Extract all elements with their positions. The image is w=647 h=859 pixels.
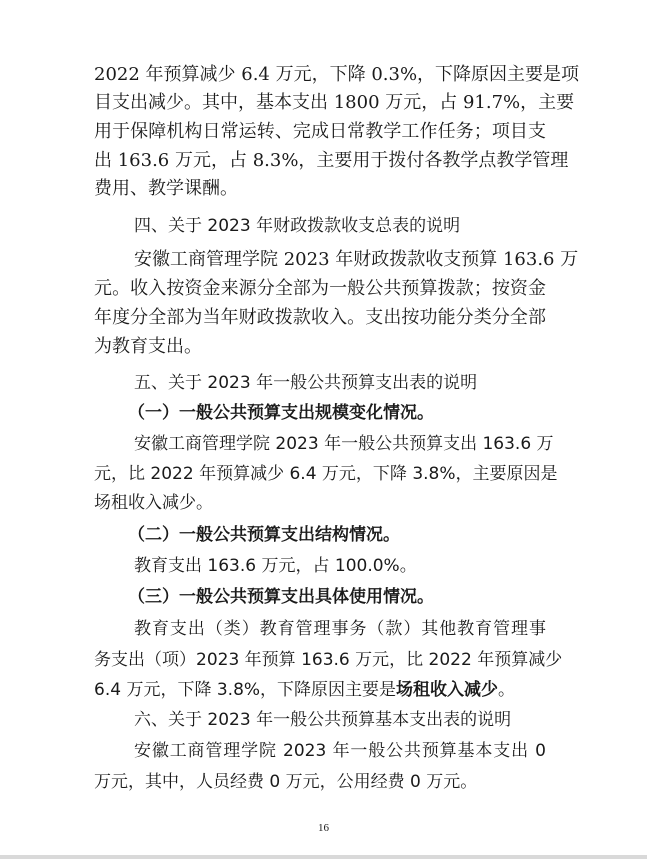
subheading-1: （一）一般公共预算支出规模变化情况。 — [128, 402, 434, 424]
text-line: 为教育支出。 — [94, 336, 546, 358]
subheading-3: （三）一般公共预算支出具体使用情况。 — [128, 586, 434, 608]
text-line: 务支出（项）2023 年预算 163.6 万元，比 2022 年预算减少 — [94, 649, 546, 671]
page-number: 16 — [0, 822, 647, 834]
text-line: 6.4 万元，下降 3.8%，下降原因主要是场租收入减少。 — [94, 679, 546, 701]
text-line: 万元，其中，人员经费 0 万元，公用经费 0 万元。 — [94, 771, 546, 793]
section-heading-6: 六、关于 2023 年一般公共预算基本支出表的说明 — [134, 709, 511, 731]
text-line: 场租收入减少。 — [94, 492, 546, 514]
text-line: 费用、教学课酬。 — [94, 178, 546, 200]
text-line: 年度分全部为当年财政拨款收入。支出按功能分类分全部 — [94, 307, 546, 329]
document-page: 2022 年预算减少 6.4 万元，下降 0.3%，下降原因主要是项 目支出减少… — [0, 0, 647, 855]
subheading-2: （二）一般公共预算支出结构情况。 — [128, 524, 400, 546]
text-segment: 。 — [498, 680, 515, 700]
text-line: 2022 年预算减少 6.4 万元，下降 0.3%，下降原因主要是项 — [94, 64, 546, 86]
text-line: 目支出减少。其中，基本支出 1800 万元，占 91.7%，主要 — [94, 92, 546, 114]
emphasis-text: 场租收入减少 — [396, 680, 498, 700]
section-heading-4: 四、关于 2023 年财政拨款收支总表的说明 — [134, 215, 460, 237]
text-line: 出 163.6 万元，占 8.3%，主要用于拨付各教学点教学管理 — [94, 150, 546, 172]
text-line: 安徽工商管理学院 2023 年一般公共预算基本支出 0 — [134, 740, 546, 762]
text-line: 教育支出 163.6 万元，占 100.0%。 — [134, 555, 546, 577]
text-line: 安徽工商管理学院 2023 年财政拨款收支预算 163.6 万 — [134, 249, 546, 271]
text-line: 元，比 2022 年预算减少 6.4 万元，下降 3.8%，主要原因是 — [94, 463, 546, 485]
text-line: 教育支出（类）教育管理事务（款）其他教育管理事 — [134, 618, 546, 640]
text-segment: 6.4 万元，下降 3.8%，下降原因主要是 — [94, 680, 396, 700]
text-line: 用于保障机构日常运转、完成日常教学工作任务；项目支 — [94, 121, 546, 143]
text-line: 元。收入按资金来源分全部为一般公共预算拨款；按资金 — [94, 278, 546, 300]
page-bottom-edge — [0, 855, 647, 859]
section-heading-5: 五、关于 2023 年一般公共预算支出表的说明 — [134, 372, 477, 394]
text-line: 安徽工商管理学院 2023 年一般公共预算支出 163.6 万 — [134, 433, 546, 455]
